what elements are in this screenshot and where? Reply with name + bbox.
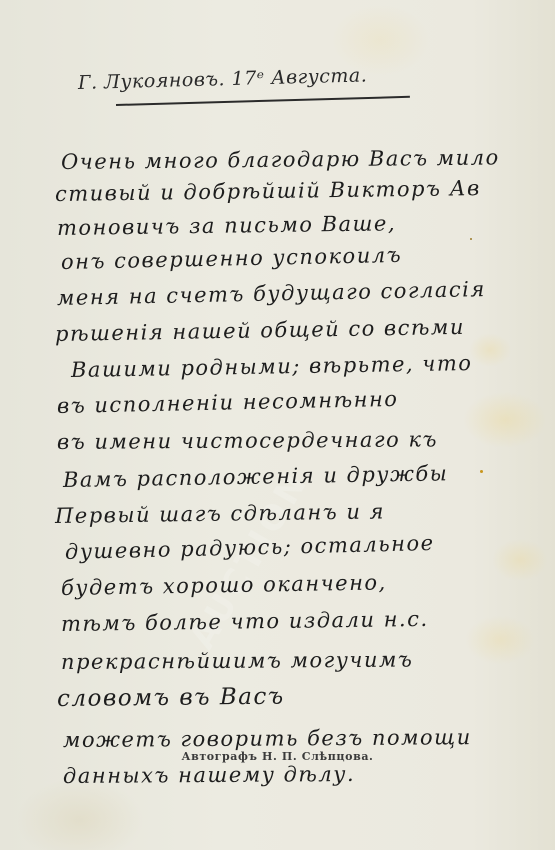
- letter-line: душевно радуюсь; остальное: [65, 531, 435, 564]
- letter-line: Вамъ расположенія и дружбы: [63, 461, 449, 492]
- header-underline: [116, 96, 410, 106]
- autograph-caption: Автографъ Н. П. Слѣпцова.: [0, 750, 555, 763]
- foxing-spot: [470, 238, 472, 240]
- letter-line: прекраснѣйшимъ могучимъ: [61, 648, 414, 674]
- scanned-page: AUCTION Г. Лукояновъ. 17ᵉ Августа. Очень…: [0, 0, 555, 850]
- letter-line: меня на счетъ будущаго согласія: [57, 277, 486, 310]
- letter-line: Вашими родными; вѣрьте, что: [71, 351, 473, 382]
- letter-line: въ имени чистосердечнаго къ: [57, 427, 438, 454]
- foxing-spot: [480, 470, 483, 473]
- letter-line: будетъ хорошо оканчено,: [61, 570, 387, 600]
- letter-line: можетъ говорить безъ помощи: [63, 725, 472, 752]
- letter-line: Первый шагъ сдѣланъ и я: [55, 499, 385, 528]
- letter-line: словомъ въ Васъ: [57, 684, 285, 712]
- letter-header-place-date: Г. Лукояновъ. 17ᵉ Августа.: [78, 63, 418, 94]
- letter-line: тоновичъ за письмо Ваше,: [57, 211, 396, 240]
- letter-line: Очень много благодарю Васъ мило: [61, 145, 500, 174]
- letter-line: онъ совершенно успокоилъ: [61, 243, 403, 274]
- letter-line: рѣшенія нашей общей со всѣми: [55, 315, 465, 346]
- letter-line: въ исполненіи несомнѣнно: [57, 387, 399, 418]
- letter-line: стивый и добрѣйшій Викторъ Ав: [55, 176, 481, 206]
- letter-line: тѣмъ болѣе что издали н.с.: [61, 607, 429, 636]
- letter-line: данныхъ нашему дѣлу.: [63, 762, 355, 788]
